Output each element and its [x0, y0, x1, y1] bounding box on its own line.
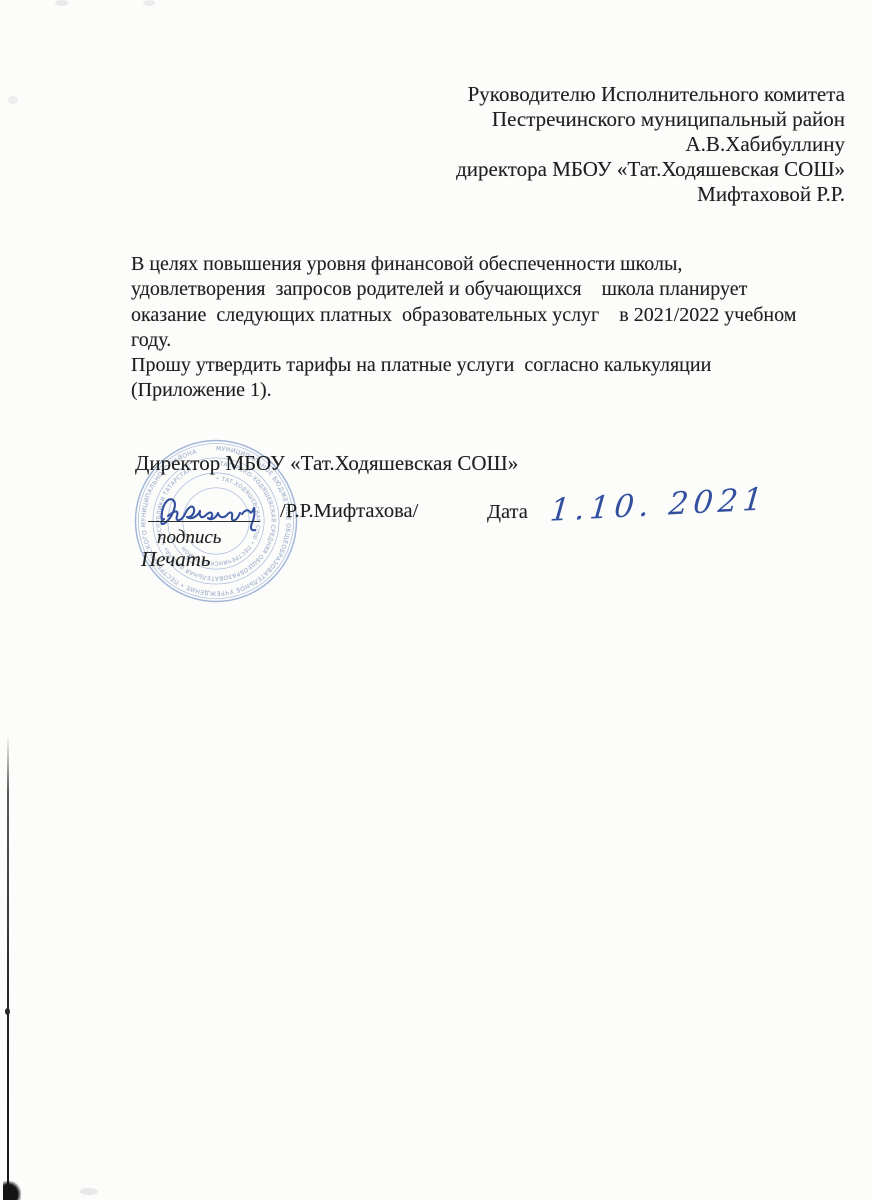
signature-line	[148, 521, 260, 522]
body-line: удовлетворения запросов родителей и обуч…	[131, 277, 796, 302]
body-line: году.	[131, 328, 796, 353]
body-line: В целях повышения уровня финансовой обес…	[131, 252, 796, 277]
scan-smudge	[8, 96, 18, 104]
date-label: Дата	[487, 501, 528, 524]
signature-printed-name: /Р.Р.Мифтахова/	[280, 500, 418, 523]
scan-edge-line	[7, 736, 9, 1200]
recipient-line: А.В.Хабибуллину	[456, 132, 845, 157]
scan-smudge	[143, 0, 155, 6]
scanned-letter-page: Руководителю Исполнительного комитета Пе…	[0, 0, 872, 1200]
recipient-line: Мифтаховой Р.Р.	[456, 182, 845, 207]
stamp-caption: Печать	[141, 547, 210, 572]
scan-speck	[5, 1008, 10, 1015]
recipient-line: Пестречинского муниципальный район	[456, 107, 845, 132]
body-line: Прошу утвердить тарифы на платные услуги…	[131, 353, 796, 378]
scan-smudge	[80, 1188, 98, 1195]
letter-body: В целях повышения уровня финансовой обес…	[131, 252, 796, 404]
signature-caption: подпись	[157, 527, 221, 549]
scan-corner-blob	[3, 1181, 21, 1200]
recipient-line: директора МБОУ «Тат.Ходяшевская СОШ»	[456, 157, 845, 182]
body-line: (Приложение 1).	[131, 378, 796, 403]
recipient-block: Руководителю Исполнительного комитета Пе…	[456, 82, 845, 207]
recipient-line: Руководителю Исполнительного комитета	[456, 82, 845, 107]
body-line: оказание следующих платных образовательн…	[131, 303, 796, 328]
scan-smudge	[55, 0, 68, 6]
handwritten-date: 1.10. 2021	[549, 481, 769, 529]
